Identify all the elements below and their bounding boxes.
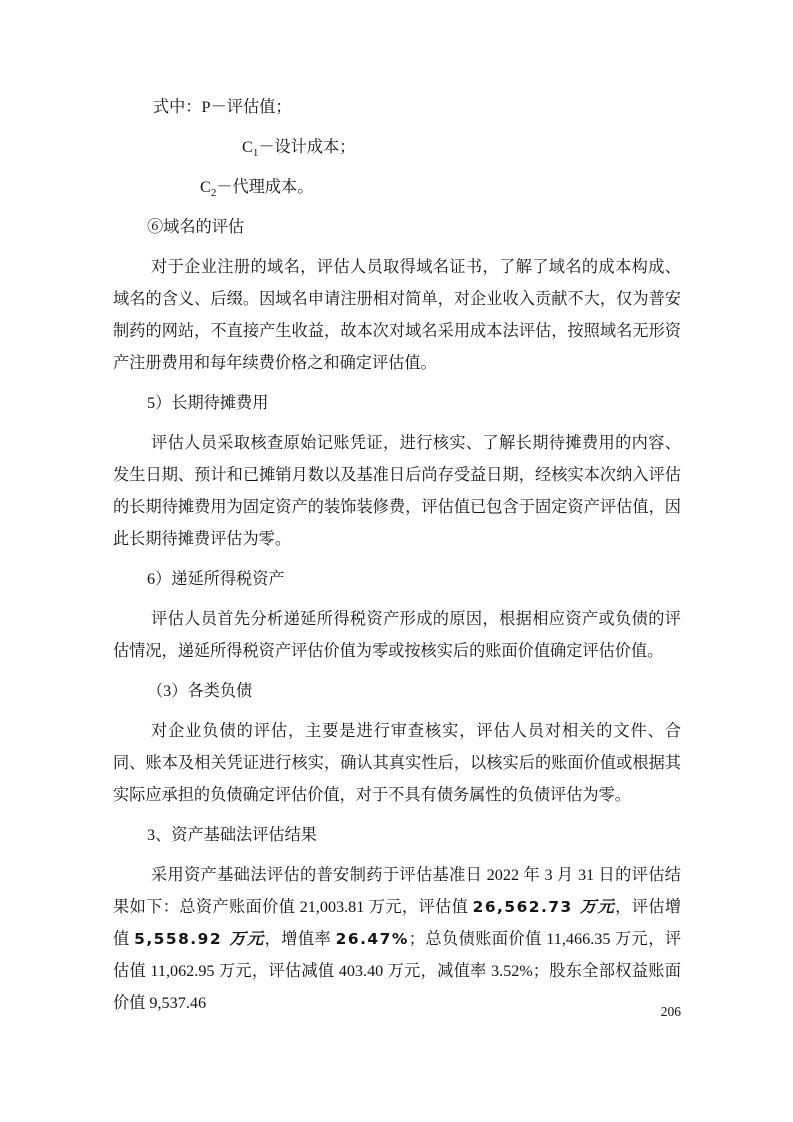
section-heading-asset-based-result: 3、资产基础法评估结果 — [113, 819, 681, 851]
paragraph-domain-valuation: 对于企业注册的域名，评估人员取得域名证书，了解了域名的成本构成、域名的含义、后缀… — [113, 251, 681, 379]
paragraph-asset-based-result: 采用资产基础法评估的普安制药于评估基准日 2022 年 3 月 31 日的评估结… — [113, 859, 681, 1019]
bold-value-appreciation-rate: 26.47% — [336, 930, 409, 948]
section-heading-liabilities: （3）各类负债 — [113, 675, 681, 707]
paragraph-liabilities: 对企业负债的评估，主要是进行审查核实，评估人员对相关的文件、合同、账本及相关凭证… — [113, 715, 681, 811]
paragraph-long-term-expenses: 评估人员采取核查原始记账凭证，进行核实、了解长期待摊费用的内容、发生日期、预计和… — [113, 427, 681, 555]
section-heading-domain-valuation: ⑥域名的评估 — [113, 211, 681, 243]
bold-value-total-assets-appraised: 26,562.73 — [473, 898, 580, 916]
formula-c2-text: －代理成本。 — [216, 178, 313, 196]
paragraph-deferred-tax: 评估人员首先分析递延所得税资产形成的原因，根据相应资产或负债的评估情况，递延所得… — [113, 603, 681, 667]
page-number: 206 — [661, 1002, 681, 1022]
formula-definition-c2: C2－代理成本。 — [113, 171, 681, 203]
section-heading-long-term-expenses: 5）长期待摊费用 — [113, 387, 681, 419]
bold-value-appreciation: 5,558.92 — [134, 930, 229, 948]
formula-c1-base: C — [242, 138, 253, 156]
formula-definition-c1: C1－设计成本； — [113, 131, 681, 163]
document-page: 式中：P－评估值； C1－设计成本； C2－代理成本。 ⑥域名的评估 对于企业注… — [0, 0, 793, 1122]
formula-c1-text: －设计成本； — [258, 138, 355, 156]
text-segment: ，增值率 — [265, 930, 336, 948]
section-heading-deferred-tax: 6）递延所得税资产 — [113, 563, 681, 595]
page-content: 式中：P－评估值； C1－设计成本； C2－代理成本。 ⑥域名的评估 对于企业注… — [113, 91, 681, 1027]
bold-unit-wanyuan: 万元 — [229, 930, 264, 948]
bold-unit-wanyuan: 万元 — [580, 898, 615, 916]
formula-definition-p: 式中：P－评估值； — [113, 91, 681, 123]
formula-c2-base: C — [200, 178, 211, 196]
